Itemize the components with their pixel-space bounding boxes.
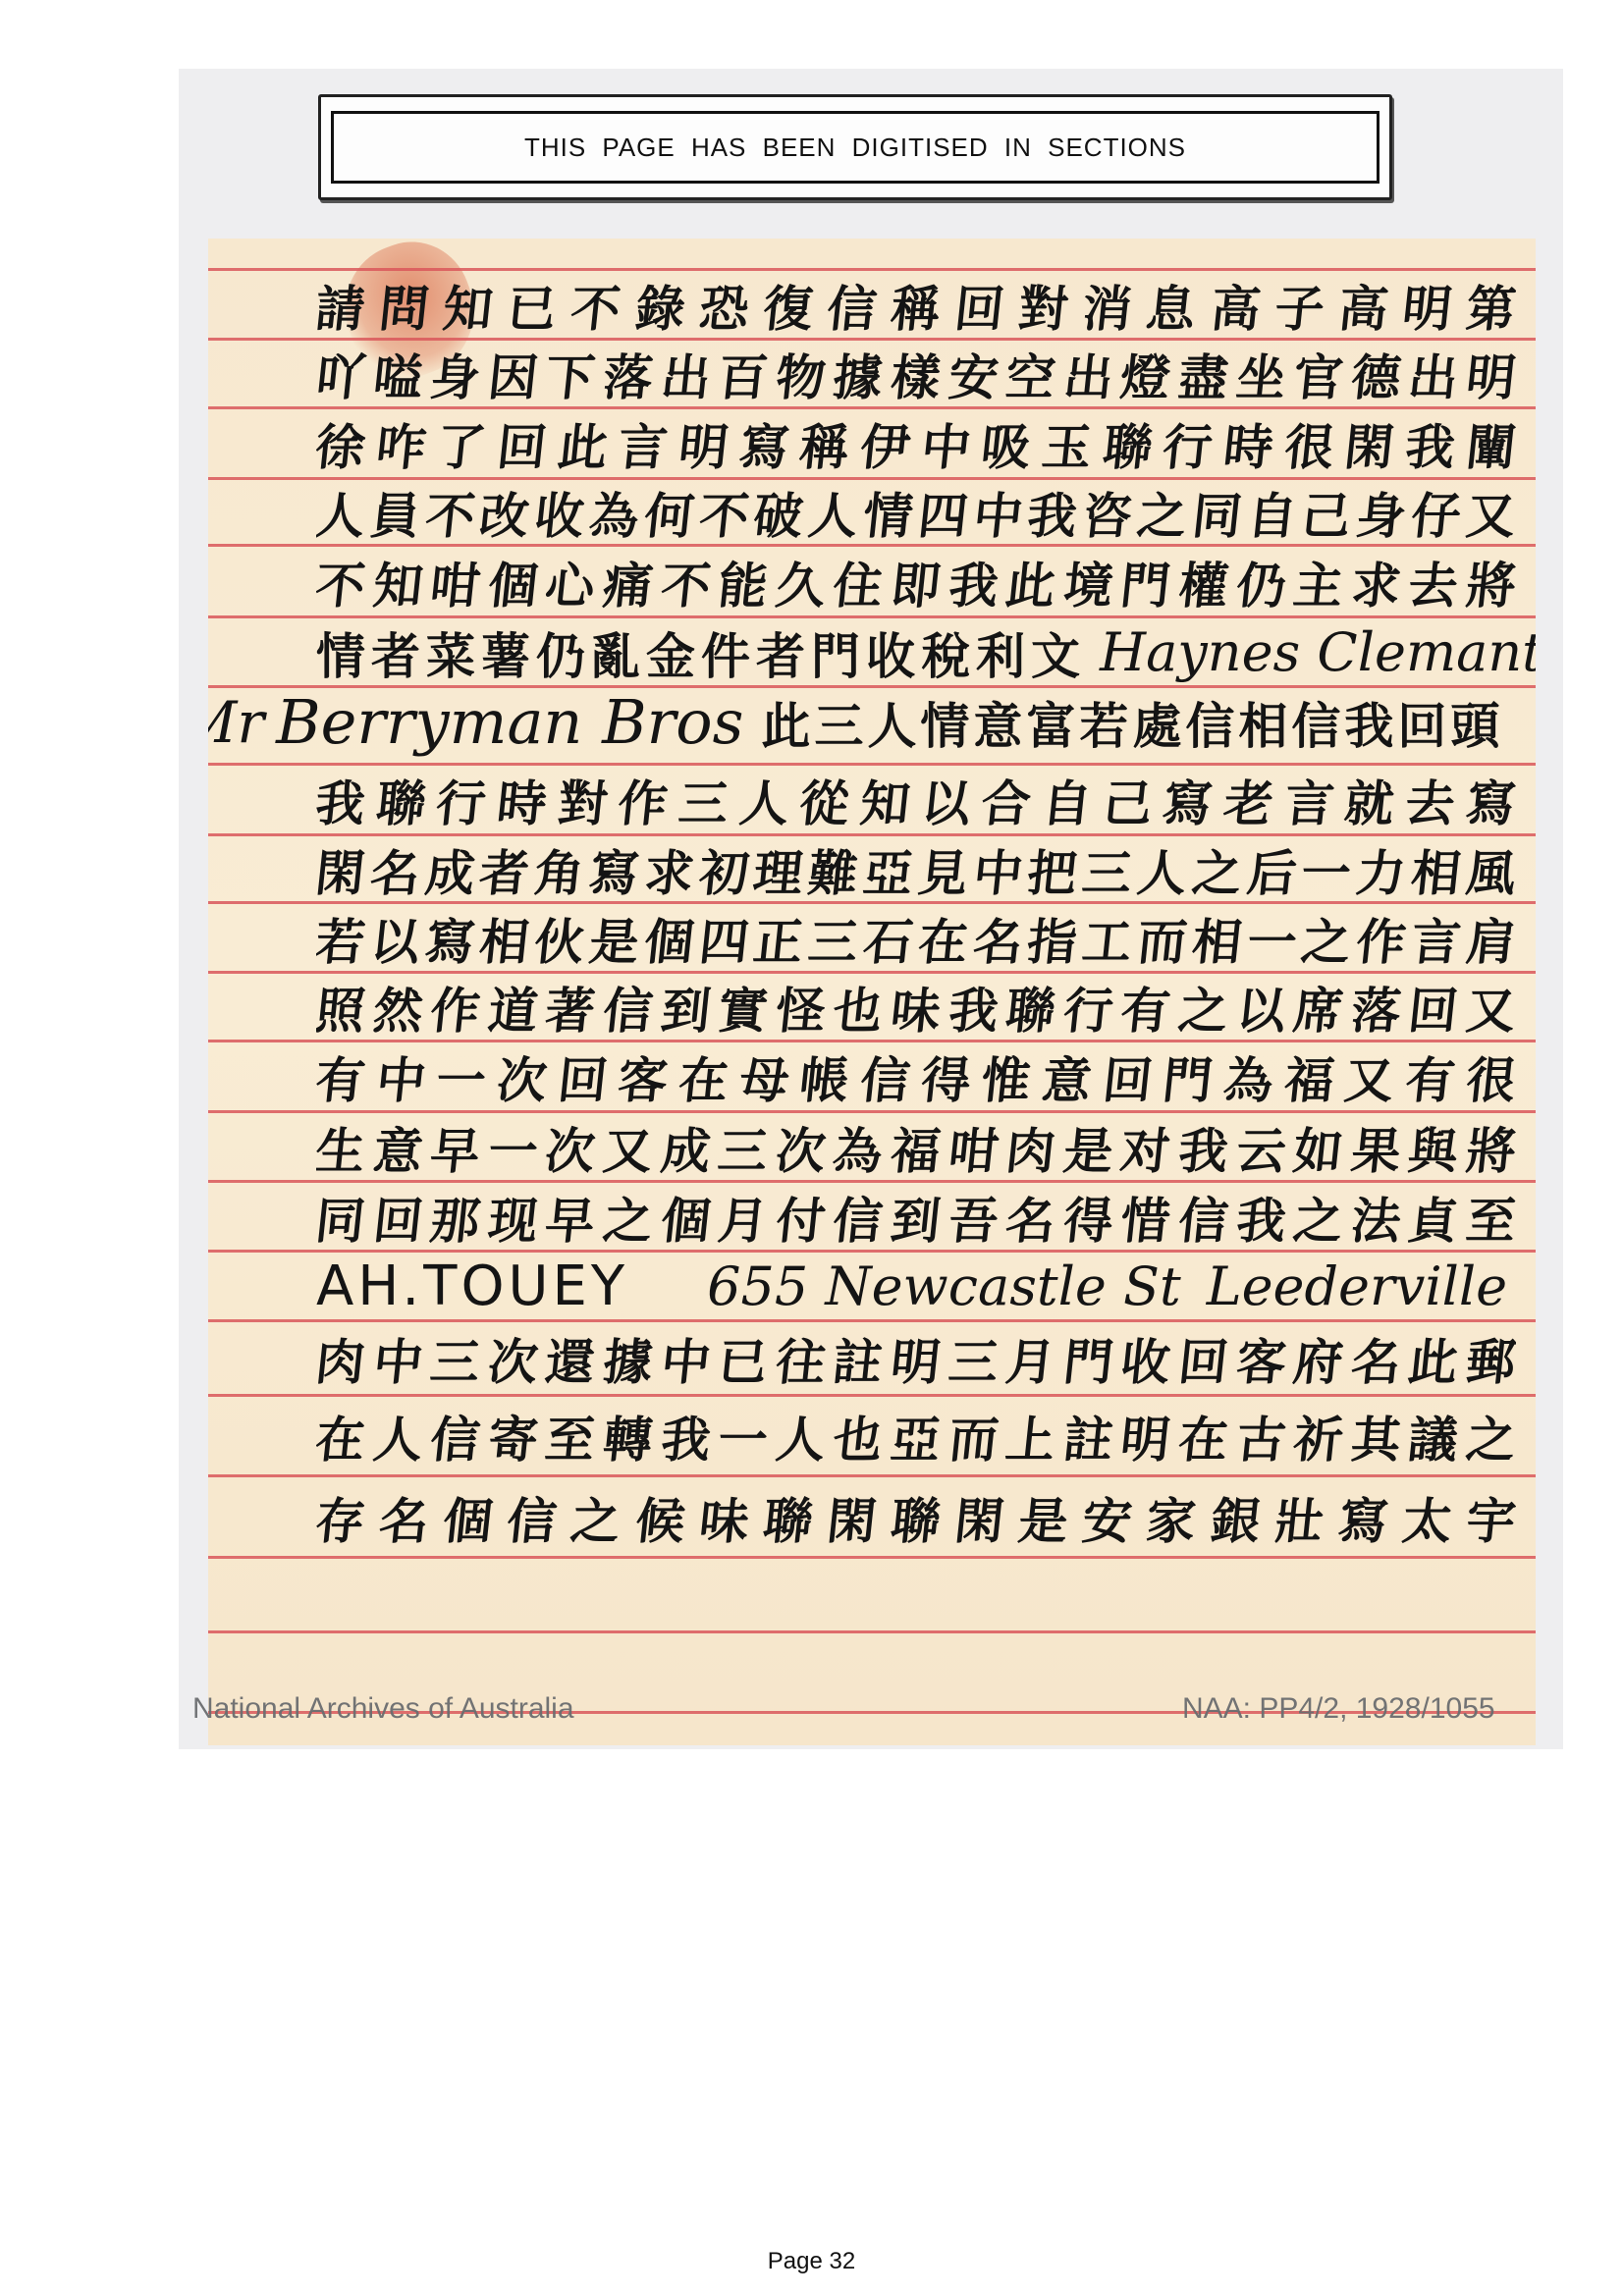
handwritten-character: 同 bbox=[316, 1182, 369, 1252]
handwritten-character: 以 bbox=[918, 765, 975, 835]
handwritten-character: 生 bbox=[316, 1112, 369, 1182]
handwritten-character: 聯 bbox=[1002, 973, 1059, 1041]
handwritten-address-line: AH.TOUEY655 Newcastle StLeederville bbox=[316, 1252, 1516, 1321]
handwritten-character: 早 bbox=[427, 1112, 484, 1182]
handwritten-character: 次 bbox=[543, 1112, 600, 1182]
handwritten-character: 若 bbox=[316, 903, 369, 973]
handwritten-character: 力 bbox=[1353, 835, 1410, 903]
handwritten-character: 是 bbox=[1015, 1482, 1072, 1553]
handwritten-character: 閑 bbox=[824, 1482, 881, 1553]
handwritten-character: 宇 bbox=[1463, 1482, 1516, 1553]
handwritten-character: 相 bbox=[1408, 835, 1465, 903]
handwritten-character: 聯 bbox=[760, 1482, 817, 1553]
handwritten-character: 付 bbox=[773, 1182, 830, 1252]
handwritten-character: 何 bbox=[641, 479, 698, 546]
handwritten-character: 聯 bbox=[1100, 408, 1157, 479]
handwritten-character: 之 bbox=[1299, 903, 1356, 973]
handwritten-character: 我 bbox=[1402, 408, 1459, 479]
handwritten-character: 坐 bbox=[1233, 340, 1290, 408]
handwritten-character: 名 bbox=[1348, 1323, 1405, 1394]
handwritten-character: 貞 bbox=[1405, 1182, 1462, 1252]
handwritten-character: 此 bbox=[555, 408, 612, 479]
handwritten-character: 子 bbox=[1271, 270, 1328, 340]
handwritten-character: 將 bbox=[1463, 1112, 1516, 1182]
handwritten-character: 閑 bbox=[951, 1482, 1008, 1553]
handwritten-character: 四 bbox=[915, 479, 972, 546]
handwritten-character: 錄 bbox=[632, 270, 689, 340]
handwritten-character: 實 bbox=[715, 973, 772, 1041]
handwritten-character: 聯 bbox=[373, 765, 430, 835]
handwritten-character: 寄 bbox=[485, 1401, 542, 1471]
handwritten-character: 人 bbox=[370, 1401, 427, 1471]
handwritten-character: 我 bbox=[1025, 479, 1082, 546]
handwritten-character: 味 bbox=[696, 1482, 753, 1553]
handwritten-character: 成 bbox=[422, 835, 479, 903]
handwritten-character: 寫 bbox=[736, 408, 793, 479]
handwritten-character: 之 bbox=[568, 1482, 625, 1553]
handwritten-character: 古 bbox=[1233, 1401, 1290, 1471]
handwritten-character: 亞 bbox=[888, 1401, 945, 1471]
handwritten-character: 三 bbox=[715, 1112, 772, 1182]
handwritten-character: 至 bbox=[543, 1401, 600, 1471]
handwritten-character: 消 bbox=[1080, 270, 1137, 340]
handwritten-character: 角 bbox=[531, 835, 588, 903]
handwritten-character: 成 bbox=[658, 1112, 715, 1182]
handwritten-chinese-line: 照然作道著信到實怪也味我聯行有之以席落回又 bbox=[316, 973, 1516, 1041]
handwritten-character: 在 bbox=[915, 903, 972, 973]
handwritten-character: 信 bbox=[831, 1182, 888, 1252]
handwritten-character: 帳 bbox=[797, 1041, 854, 1112]
handwritten-name-ah-touey: AH.TOUEY bbox=[316, 1255, 628, 1318]
handwritten-character: 去 bbox=[1405, 547, 1462, 617]
handwritten-character: 之 bbox=[600, 1182, 657, 1252]
handwritten-character: 德 bbox=[1348, 340, 1405, 408]
handwritten-character: 安 bbox=[946, 340, 1002, 408]
handwritten-suburb: Leederville bbox=[1207, 1255, 1507, 1317]
handwritten-character: 此 bbox=[1002, 547, 1059, 617]
handwritten-character: 客 bbox=[1233, 1323, 1290, 1394]
handwritten-character: 能 bbox=[715, 547, 772, 617]
handwritten-character: 作 bbox=[616, 765, 673, 835]
handwritten-letter-page: 請問知已不錄恐復信稱回對消息高子高明第吖嗌身因下落出百物據樣安空出燈盡坐官德出明… bbox=[208, 239, 1536, 1745]
handwritten-character: 到 bbox=[888, 1182, 945, 1252]
handwritten-character: 正 bbox=[751, 903, 808, 973]
handwritten-character: 人 bbox=[316, 479, 369, 546]
handwritten-character: 中 bbox=[970, 835, 1027, 903]
handwritten-character: 據 bbox=[600, 1323, 657, 1394]
handwritten-character: 咨 bbox=[1079, 479, 1136, 546]
handwritten-chinese-line: 人員不改收為何不破人情四中我咨之同自己身仔又 bbox=[316, 479, 1516, 546]
handwritten-character: 者 bbox=[477, 835, 534, 903]
handwritten-character: 出 bbox=[1405, 340, 1462, 408]
handwritten-character: 同 bbox=[1189, 479, 1246, 546]
handwritten-character: 明 bbox=[1118, 1401, 1175, 1471]
handwritten-character: 痛 bbox=[600, 547, 657, 617]
handwritten-mixed-line: 情者菜薯仍亂金件者門收稅利文Haynes Clemanti bbox=[316, 617, 1516, 687]
handwritten-character: 果 bbox=[1348, 1112, 1405, 1182]
handwritten-character: 人 bbox=[805, 479, 862, 546]
handwritten-character: 此 bbox=[1405, 1323, 1462, 1394]
handwritten-character: 以 bbox=[367, 903, 424, 973]
handwritten-character: 壯 bbox=[1271, 1482, 1328, 1553]
handwritten-character: 嗌 bbox=[370, 340, 427, 408]
handwritten-character: 言 bbox=[616, 408, 673, 479]
handwritten-character: 註 bbox=[831, 1323, 888, 1394]
handwritten-chinese-line: 若以寫相伙是個四正三石在名指工而相一之作言肩 bbox=[316, 903, 1516, 973]
handwritten-chinese-line: 肉中三次還據中已往註明三月門收回客府名此郵 bbox=[316, 1321, 1516, 1396]
page-number: Page 32 bbox=[0, 2248, 1623, 2275]
handwritten-character: 云 bbox=[1233, 1112, 1290, 1182]
handwritten-character: 三 bbox=[427, 1323, 484, 1394]
handwritten-character: 很 bbox=[1463, 1041, 1516, 1112]
handwritten-character: 閑 bbox=[316, 835, 369, 903]
handwritten-character: 家 bbox=[1144, 1482, 1201, 1553]
handwritten-character: 稱 bbox=[797, 408, 854, 479]
handwritten-character: 老 bbox=[1220, 765, 1277, 835]
handwritten-character: 寫 bbox=[1161, 765, 1217, 835]
handwritten-character: 名 bbox=[1002, 1182, 1059, 1252]
handwritten-character: 已 bbox=[715, 1323, 772, 1394]
handwritten-character: 次 bbox=[485, 1323, 542, 1394]
handwritten-character: 寫 bbox=[1335, 1482, 1392, 1553]
handwritten-character: 官 bbox=[1290, 340, 1347, 408]
handwritten-character: 又 bbox=[1463, 479, 1516, 546]
handwritten-character: 見 bbox=[915, 835, 972, 903]
handwritten-character: 言 bbox=[1408, 903, 1465, 973]
handwritten-character: 回 bbox=[1100, 1041, 1157, 1112]
handwritten-character: 高 bbox=[1335, 270, 1392, 340]
handwritten-character: 還 bbox=[543, 1323, 600, 1394]
handwritten-character: 信 bbox=[824, 270, 881, 340]
handwritten-character: 对 bbox=[1118, 1112, 1175, 1182]
handwritten-character: 不 bbox=[696, 479, 753, 546]
handwritten-character: 惟 bbox=[979, 1041, 1036, 1112]
handwritten-character: 時 bbox=[1220, 408, 1277, 479]
handwritten-character: 得 bbox=[918, 1041, 975, 1112]
handwritten-character: 轉 bbox=[600, 1401, 657, 1471]
handwritten-character: 得 bbox=[1060, 1182, 1117, 1252]
handwritten-character: 有 bbox=[316, 1041, 369, 1112]
handwritten-character: 有 bbox=[1402, 1041, 1459, 1112]
handwritten-character: 吸 bbox=[979, 408, 1036, 479]
handwritten-character: 中 bbox=[370, 1323, 427, 1394]
handwritten-character: 上 bbox=[1002, 1401, 1059, 1471]
handwritten-character: 名 bbox=[367, 835, 424, 903]
handwritten-character: 咁 bbox=[427, 547, 484, 617]
handwritten-character: 身 bbox=[1353, 479, 1410, 546]
handwritten-character: 燈 bbox=[1118, 340, 1175, 408]
handwritten-character: 與 bbox=[1405, 1112, 1462, 1182]
handwritten-character: 難 bbox=[805, 835, 862, 903]
handwritten-character: 復 bbox=[760, 270, 817, 340]
handwritten-character: 門 bbox=[1118, 547, 1175, 617]
handwritten-chinese-line: 徐咋了回此言明寫稱伊中吸玉聯行時很閑我闡 bbox=[316, 408, 1516, 479]
handwritten-character: 是 bbox=[586, 903, 643, 973]
handwritten-character: 信 bbox=[857, 1041, 914, 1112]
banner-inner-frame: THIS PAGE HAS BEEN DIGITISED IN SECTIONS bbox=[331, 111, 1380, 184]
handwritten-character: 個 bbox=[658, 1182, 715, 1252]
handwritten-character: 在 bbox=[676, 1041, 732, 1112]
handwritten-chinese-line: 同回那现早之個月付信到吾名得惜信我之法貞至 bbox=[316, 1182, 1516, 1252]
handwritten-character: 不 bbox=[316, 547, 369, 617]
handwritten-character: 物 bbox=[773, 340, 830, 408]
handwritten-character: 信 bbox=[600, 973, 657, 1041]
handwritten-character: 一 bbox=[715, 1401, 772, 1471]
handwritten-character: 據 bbox=[831, 340, 888, 408]
digitised-notice-banner: THIS PAGE HAS BEEN DIGITISED IN SECTIONS bbox=[318, 94, 1392, 200]
handwritten-character: 仍 bbox=[1233, 547, 1290, 617]
handwritten-character: 以 bbox=[1233, 973, 1290, 1041]
handwritten-character: 郵 bbox=[1463, 1323, 1516, 1394]
handwritten-character: 回 bbox=[370, 1182, 427, 1252]
handwritten-character: 又 bbox=[1342, 1041, 1399, 1112]
handwritten-character: 伊 bbox=[857, 408, 914, 479]
handwritten-character: 樣 bbox=[888, 340, 945, 408]
handwritten-character: 問 bbox=[376, 270, 433, 340]
handwritten-character: 在 bbox=[1175, 1401, 1232, 1471]
handwritten-character: 之 bbox=[1189, 835, 1246, 903]
handwritten-character: 明 bbox=[676, 408, 732, 479]
handwritten-character: 照 bbox=[316, 973, 369, 1041]
handwritten-character: 收 bbox=[531, 479, 588, 546]
handwritten-character: 恐 bbox=[696, 270, 753, 340]
handwritten-character: 到 bbox=[658, 973, 715, 1041]
handwritten-chinese-line: 存名個信之候味聯閑聯閑是安家銀壯寫太宇 bbox=[316, 1476, 1516, 1558]
handwritten-title-mr: Mr bbox=[208, 689, 264, 756]
handwritten-character: 存 bbox=[316, 1482, 369, 1553]
handwritten-character: 意 bbox=[370, 1112, 427, 1182]
handwritten-character: 主 bbox=[1290, 547, 1347, 617]
handwritten-character: 席 bbox=[1290, 973, 1347, 1041]
handwritten-character: 四 bbox=[696, 903, 753, 973]
handwritten-character: 明 bbox=[888, 1323, 945, 1394]
handwritten-character: 我 bbox=[946, 547, 1002, 617]
handwritten-character: 行 bbox=[1161, 408, 1217, 479]
handwritten-character: 出 bbox=[658, 340, 715, 408]
handwritten-character: 作 bbox=[1353, 903, 1410, 973]
handwritten-chinese-line: 生意早一次又成三次為福咁肉是对我云如果與將 bbox=[316, 1112, 1516, 1182]
handwritten-name-haynes-clemanti: Haynes Clemanti bbox=[1100, 621, 1536, 683]
handwritten-character: 咁 bbox=[946, 1112, 1002, 1182]
handwritten-character: 個 bbox=[485, 547, 542, 617]
handwritten-character: 寫 bbox=[586, 835, 643, 903]
handwritten-chinese-line: 在人信寄至轉我一人也亞而上註明在古祈其議之 bbox=[316, 1396, 1516, 1476]
archive-reference-watermark: NAA: PP4/2, 1928/1055 bbox=[1182, 1692, 1495, 1726]
handwritten-character: 人 bbox=[736, 765, 793, 835]
handwritten-character: 寫 bbox=[422, 903, 479, 973]
handwritten-character: 然 bbox=[370, 973, 427, 1041]
handwritten-character: 求 bbox=[641, 835, 698, 903]
handwritten-character: 玉 bbox=[1039, 408, 1096, 479]
handwritten-character: 之 bbox=[1463, 1401, 1516, 1471]
handwritten-character: 在 bbox=[316, 1401, 369, 1471]
handwritten-character: 安 bbox=[1080, 1482, 1137, 1553]
handwritten-character: 我 bbox=[946, 973, 1002, 1041]
handwritten-character: 闡 bbox=[1463, 408, 1516, 479]
handwritten-character: 中 bbox=[658, 1323, 715, 1394]
handwritten-character: 行 bbox=[1060, 973, 1117, 1041]
handwritten-character: 又 bbox=[600, 1112, 657, 1182]
handwritten-character: 仔 bbox=[1408, 479, 1465, 546]
handwritten-chinese-line: 我聯行時對作三人從知以合自己寫老言就去寫 bbox=[316, 765, 1516, 835]
handwritten-character: 而 bbox=[946, 1401, 1002, 1471]
handwritten-character: 太 bbox=[1399, 1482, 1456, 1553]
handwritten-character: 怪 bbox=[773, 973, 830, 1041]
handwritten-character: 身 bbox=[427, 340, 484, 408]
ruled-line bbox=[208, 1630, 1536, 1633]
handwritten-character: 求 bbox=[1348, 547, 1405, 617]
handwritten-character: 之 bbox=[1175, 973, 1232, 1041]
handwritten-character: 改 bbox=[477, 479, 534, 546]
handwritten-character: 三 bbox=[805, 903, 862, 973]
handwritten-character: 惜 bbox=[1118, 1182, 1175, 1252]
handwritten-character: 现 bbox=[485, 1182, 542, 1252]
handwritten-character: 權 bbox=[1175, 547, 1232, 617]
handwritten-character: 相 bbox=[1189, 903, 1246, 973]
handwritten-character: 次 bbox=[773, 1112, 830, 1182]
handwritten-character: 后 bbox=[1244, 835, 1301, 903]
handwritten-character: 寫 bbox=[1463, 765, 1516, 835]
handwritten-character: 已 bbox=[505, 270, 562, 340]
handwritten-character: 空 bbox=[1002, 340, 1059, 408]
handwritten-character: 個 bbox=[440, 1482, 497, 1553]
handwritten-character: 住 bbox=[831, 547, 888, 617]
handwritten-character: 信 bbox=[505, 1482, 562, 1553]
handwritten-character: 出 bbox=[1060, 340, 1117, 408]
handwritten-character: 回 bbox=[1405, 973, 1462, 1041]
handwritten-character: 三 bbox=[676, 765, 732, 835]
handwritten-character: 月 bbox=[1002, 1323, 1059, 1394]
handwritten-character: 一 bbox=[485, 1112, 542, 1182]
handwritten-character: 從 bbox=[797, 765, 854, 835]
handwritten-character: 自 bbox=[1244, 479, 1301, 546]
handwritten-chinese-line: 有中一次回客在母帳信得惟意回門為福又有很 bbox=[316, 1041, 1516, 1112]
handwritten-character: 咋 bbox=[373, 408, 430, 479]
handwritten-character: 我 bbox=[316, 765, 369, 835]
handwritten-character: 亞 bbox=[860, 835, 917, 903]
handwritten-character: 而 bbox=[1134, 903, 1191, 973]
handwritten-character: 息 bbox=[1144, 270, 1201, 340]
handwritten-character: 門 bbox=[1060, 1323, 1117, 1394]
handwritten-character: 盡 bbox=[1175, 340, 1232, 408]
archive-watermark: National Archives of Australia bbox=[192, 1692, 574, 1726]
handwritten-character: 人 bbox=[1134, 835, 1191, 903]
handwritten-character: 銀 bbox=[1208, 1482, 1265, 1553]
handwritten-character: 聯 bbox=[888, 1482, 945, 1553]
handwritten-character: 一 bbox=[1299, 835, 1356, 903]
handwritten-chinese-line: 吖嗌身因下落出百物據樣安空出燈盡坐官德出明 bbox=[316, 340, 1516, 408]
handwritten-character: 心 bbox=[543, 547, 600, 617]
handwritten-character: 風 bbox=[1463, 835, 1516, 903]
handwritten-character: 名 bbox=[376, 1482, 433, 1553]
handwritten-character: 即 bbox=[888, 547, 945, 617]
handwritten-character: 百 bbox=[715, 340, 772, 408]
handwritten-character: 往 bbox=[773, 1323, 830, 1394]
handwritten-character: 中 bbox=[373, 1041, 430, 1112]
handwritten-chinese-text: 此三人情意富若處信相信我回頭 bbox=[761, 687, 1503, 758]
handwritten-character: 伙 bbox=[531, 903, 588, 973]
handwritten-character: 信 bbox=[1175, 1182, 1232, 1252]
handwritten-chinese-line: 不知咁個心痛不能久住即我此境門權仍主求去將 bbox=[316, 546, 1516, 617]
handwritten-character: 收 bbox=[1118, 1323, 1175, 1394]
handwritten-character: 客 bbox=[616, 1041, 673, 1112]
handwritten-character: 請 bbox=[316, 270, 369, 340]
handwritten-character: 味 bbox=[888, 973, 945, 1041]
handwritten-character: 為 bbox=[586, 479, 643, 546]
handwritten-character: 一 bbox=[1244, 903, 1301, 973]
handwritten-character: 下 bbox=[543, 340, 600, 408]
handwritten-character: 一 bbox=[434, 1041, 491, 1112]
handwritten-character: 福 bbox=[888, 1112, 945, 1182]
handwritten-character: 之 bbox=[1290, 1182, 1347, 1252]
handwritten-character: 破 bbox=[751, 479, 808, 546]
handwritten-character: 閑 bbox=[1342, 408, 1399, 479]
handwritten-character: 了 bbox=[434, 408, 491, 479]
handwritten-character: 肩 bbox=[1463, 903, 1516, 973]
handwritten-character: 時 bbox=[494, 765, 551, 835]
handwritten-character: 知 bbox=[370, 547, 427, 617]
handwritten-character: 落 bbox=[1348, 973, 1405, 1041]
handwritten-character: 己 bbox=[1100, 765, 1157, 835]
handwritten-character: 也 bbox=[831, 1401, 888, 1471]
handwritten-character: 回 bbox=[951, 270, 1008, 340]
handwritten-character: 為 bbox=[1220, 1041, 1277, 1112]
handwritten-character: 之 bbox=[1134, 479, 1191, 546]
handwritten-character: 高 bbox=[1208, 270, 1265, 340]
handwritten-character: 也 bbox=[831, 973, 888, 1041]
handwritten-character: 中 bbox=[970, 479, 1027, 546]
handwritten-character: 法 bbox=[1348, 1182, 1405, 1252]
handwritten-character: 就 bbox=[1342, 765, 1399, 835]
handwritten-character: 肉 bbox=[1002, 1112, 1059, 1182]
handwritten-character: 因 bbox=[485, 340, 542, 408]
handwritten-character: 將 bbox=[1463, 547, 1516, 617]
handwritten-character: 作 bbox=[427, 973, 484, 1041]
handwritten-character: 個 bbox=[641, 903, 698, 973]
handwritten-character: 不 bbox=[658, 547, 715, 617]
handwritten-character: 明 bbox=[1399, 270, 1456, 340]
handwritten-character: 府 bbox=[1290, 1323, 1347, 1394]
handwritten-chinese-line: 閑名成者角寫求初理難亞見中把三人之后一力相風 bbox=[316, 835, 1516, 903]
handwritten-character: 為 bbox=[831, 1112, 888, 1182]
handwritten-character: 石 bbox=[860, 903, 917, 973]
handwritten-character: 把 bbox=[1025, 835, 1082, 903]
handwritten-character: 理 bbox=[751, 835, 808, 903]
handwritten-character: 祈 bbox=[1290, 1401, 1347, 1471]
handwritten-character: 工 bbox=[1079, 903, 1136, 973]
handwritten-character: 次 bbox=[494, 1041, 551, 1112]
handwritten-character: 早 bbox=[543, 1182, 600, 1252]
handwritten-character: 我 bbox=[1175, 1112, 1232, 1182]
handwritten-character: 對 bbox=[1015, 270, 1072, 340]
handwritten-character: 言 bbox=[1281, 765, 1338, 835]
handwritten-character: 吾 bbox=[946, 1182, 1002, 1252]
handwritten-character: 門 bbox=[1161, 1041, 1217, 1112]
handwritten-character: 對 bbox=[555, 765, 612, 835]
banner-text: THIS PAGE HAS BEEN DIGITISED IN SECTIONS bbox=[524, 133, 1186, 163]
handwritten-character: 很 bbox=[1281, 408, 1338, 479]
handwritten-character: 如 bbox=[1290, 1112, 1347, 1182]
handwritten-character: 知 bbox=[857, 765, 914, 835]
handwritten-character: 肉 bbox=[316, 1323, 369, 1394]
handwritten-chinese-line: 請問知已不錄恐復信稱回對消息高子高明第 bbox=[316, 270, 1516, 340]
handwritten-character: 月 bbox=[715, 1182, 772, 1252]
handwritten-character: 福 bbox=[1281, 1041, 1338, 1112]
handwritten-character: 自 bbox=[1039, 765, 1096, 835]
handwritten-character: 明 bbox=[1463, 340, 1516, 408]
handwritten-character: 去 bbox=[1402, 765, 1459, 835]
handwritten-character: 初 bbox=[696, 835, 753, 903]
